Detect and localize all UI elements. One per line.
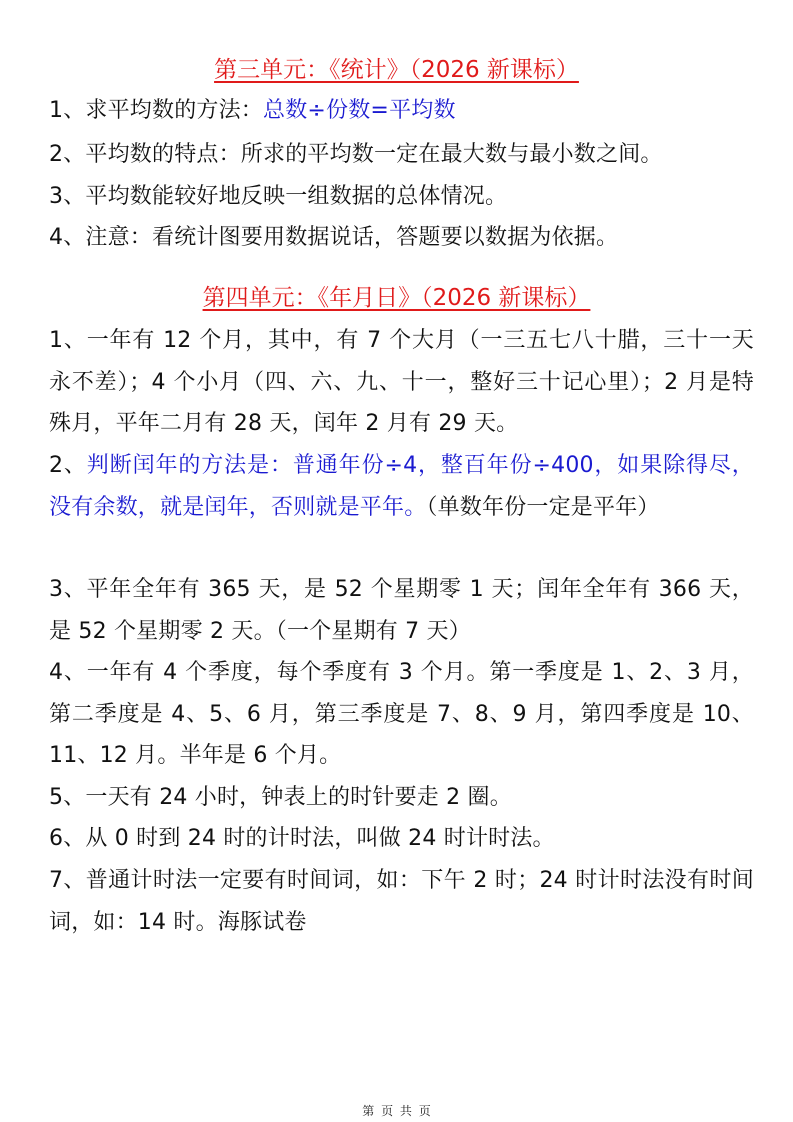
formula-highlight: 总数÷份数=平均数 xyxy=(263,98,456,123)
unit3-title: 第三单元：《统计》（2026 新课标） xyxy=(0,55,793,85)
unit3-item-1: 1、求平均数的方法：总数÷份数=平均数 xyxy=(49,90,754,132)
unit4-item-4: 4、一年有 4 个季度，每个季度有 3 个月。第一季度是 1、2、3 月，第二季… xyxy=(49,652,754,777)
unit3-item-4: 4、注意：看统计图要用数据说话，答题要以数据为依据。 xyxy=(49,217,754,259)
unit4-item-3: 3、平年全年有 365 天，是 52 个星期零 1 天；闰年全年有 366 天，… xyxy=(49,569,754,652)
unit3-item-3: 3、平均数能较好地反映一组数据的总体情况。 xyxy=(49,176,754,218)
document-page: 第三单元：《统计》（2026 新课标） 1、求平均数的方法：总数÷份数=平均数 … xyxy=(0,0,793,1122)
unit3-item-2: 2、平均数的特点：所求的平均数一定在最大数与最小数之间。 xyxy=(49,134,754,176)
unit4-item-5: 5、一天有 24 小时，钟表上的时针要走 2 圈。 xyxy=(49,777,754,819)
unit4-item-1: 1、一年有 12 个月，其中，有 7 个大月（一三五七八十腊，三十一天永不差）；… xyxy=(49,320,754,445)
unit4-item-7: 7、普通计时法一定要有时间词，如：下午 2 时；24 时计时法没有时间词，如：1… xyxy=(49,860,754,943)
page-footer: 第 页 共 页 xyxy=(0,1104,793,1118)
unit4-item-6: 6、从 0 时到 24 时的计时法，叫做 24 时计时法。 xyxy=(49,818,754,860)
unit4-title: 第四单元：《年月日》（2026 新课标） xyxy=(0,283,793,313)
unit4-item-2: 2、判断闰年的方法是：普通年份÷4，整百年份÷400，如果除得尽，没有余数，就是… xyxy=(49,445,754,528)
